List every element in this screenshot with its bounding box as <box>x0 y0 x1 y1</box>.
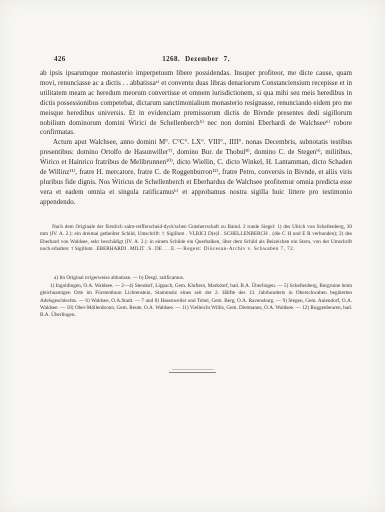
charter-paragraph-continuation: ab ipsis ipsarumque monasterio imperpetu… <box>40 69 352 138</box>
date-header: 1268. Dezember 7. <box>40 55 352 63</box>
charter-text-block: ab ipsis ipsarumque monasterio imperpetu… <box>40 69 352 208</box>
provenance-and-seals-note: Nach dem Originale der fürstlich salm-re… <box>40 224 352 253</box>
regest-reference: Regest: Diöcesan-Archiv v. Schwaben 7, 7… <box>183 246 295 252</box>
section-divider-rule <box>0 369 385 377</box>
charter-paragraph-actum: Actum aput Walchsee, anno domini M°. C°C… <box>40 138 352 207</box>
running-head: 426 1268. Dezember 7. <box>40 55 352 67</box>
divider-line-dark <box>169 372 216 373</box>
numbered-footnotes: 1) Ingoldingen, O.A. Waldsee. — 2—4) Ste… <box>40 283 352 320</box>
letter-footnotes: a) Im Original irrigerweise abbatisse. —… <box>40 275 352 282</box>
scanned-book-page: 426 1268. Dezember 7. ab ipsis ipsarumqu… <box>0 0 385 512</box>
divider-line-light <box>172 369 214 370</box>
